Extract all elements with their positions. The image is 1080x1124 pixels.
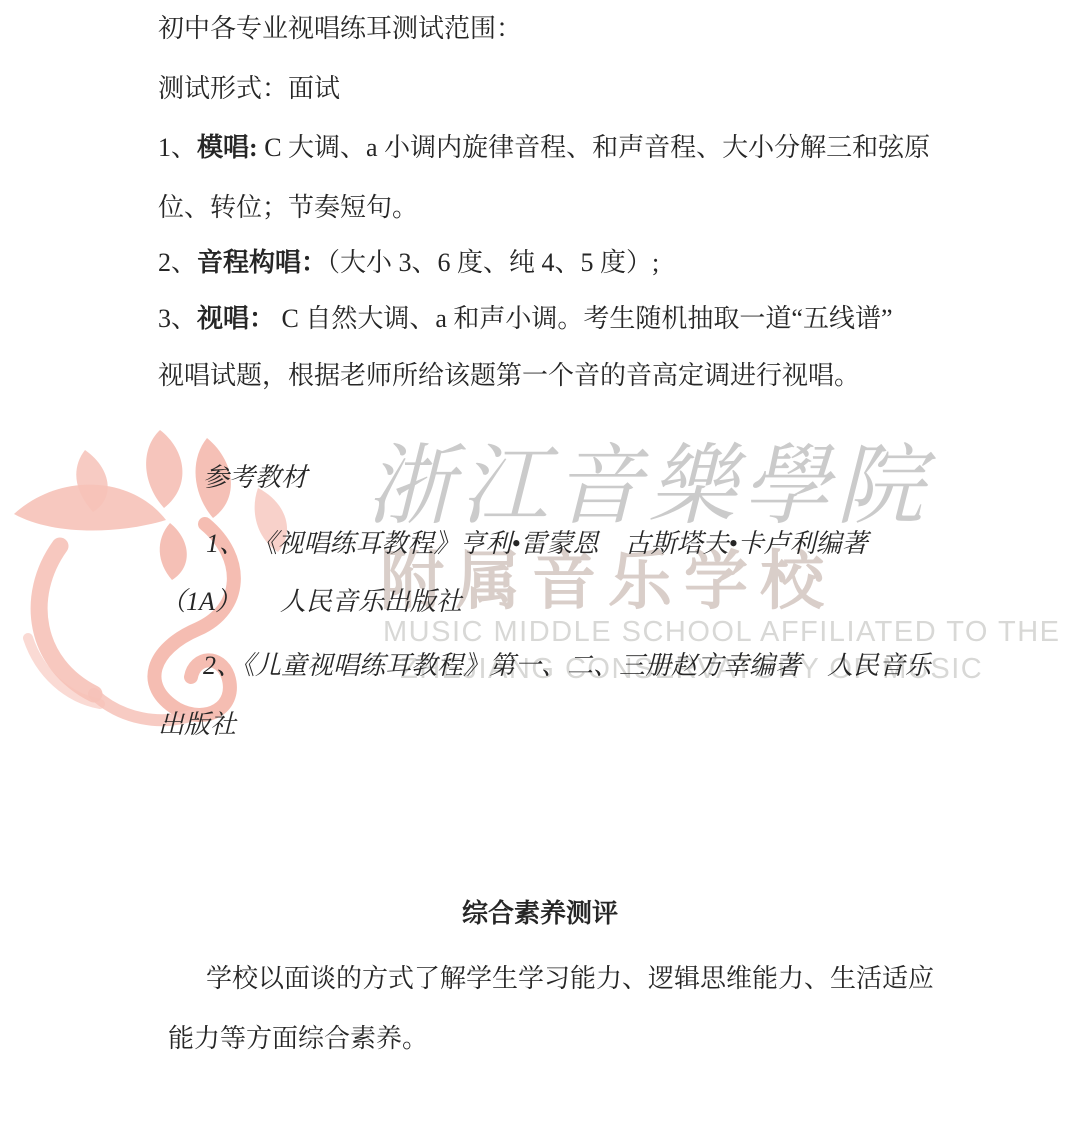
materials-item-1-line-1: 1、 《视唱练耳教程》亨利•雷蒙恩 古斯塔夫•卡卢利编著: [206, 527, 868, 561]
sightsinging-item-3-line-2: 视唱试题，根据老师所给该题第一个音的音高定调进行视唱。: [158, 359, 860, 393]
sightsinging-item-2-line: 2、音程构唱：（大小 3、6 度、纯 4、5 度）;: [158, 246, 659, 280]
sightsinging-item-3-line-1: 3、视唱： C 自然大调、a 和声小调。考生随机抽取一道“五线谱”: [158, 302, 893, 336]
section-heading-sightsinging-scope: 初中各专业视唱练耳测试范围：: [158, 12, 522, 46]
item-3-number: 3、: [158, 304, 197, 333]
assessment-body-line-2: 能力等方面综合素养。: [168, 1022, 428, 1056]
assessment-body-line-1: 学校以面谈的方式了解学生学习能力、逻辑思维能力、生活适应: [206, 962, 934, 996]
materials-item-2-line-2: 出版社: [158, 708, 236, 742]
item-2-number: 2、: [158, 248, 197, 277]
sightsinging-item-1-line-2: 位、转位；节奏短句。: [158, 191, 418, 225]
materials-item-1-line-2: （1A） 人民音乐出版社: [160, 585, 462, 619]
document-content: 初中各专业视唱练耳测试范围： 测试形式：面试 1、模唱: C 大调、a 小调内旋…: [0, 0, 1080, 1124]
item-1-text: C 大调、a 小调内旋律音程、和声音程、大小分解三和弦原: [258, 133, 930, 162]
item-2-label: 音程构唱：: [197, 248, 327, 277]
section-heading-reference-materials: 参考教材: [203, 461, 307, 495]
test-format-line: 测试形式：面试: [158, 72, 340, 106]
document-page: 浙江音樂學院 附属音乐学校 MUSIC MIDDLE SCHOOL AFFILI…: [0, 0, 1080, 1124]
item-3-text: C 自然大调、a 和声小调。考生随机抽取一道“五线谱”: [275, 304, 892, 333]
sightsinging-item-1-line-1: 1、模唱: C 大调、a 小调内旋律音程、和声音程、大小分解三和弦原: [158, 131, 930, 165]
section-heading-comprehensive-assessment: 综合素养测评: [0, 897, 1080, 931]
item-3-label: 视唱：: [197, 304, 275, 333]
item-1-label: 模唱:: [197, 133, 258, 162]
item-2-text: （大小 3、6 度、纯 4、5 度）;: [327, 248, 659, 277]
materials-item-2-line-1: 2、《儿童视唱练耳教程》第一、二、三册赵方幸编著 人民音乐: [203, 649, 931, 683]
item-1-number: 1、: [158, 133, 197, 162]
